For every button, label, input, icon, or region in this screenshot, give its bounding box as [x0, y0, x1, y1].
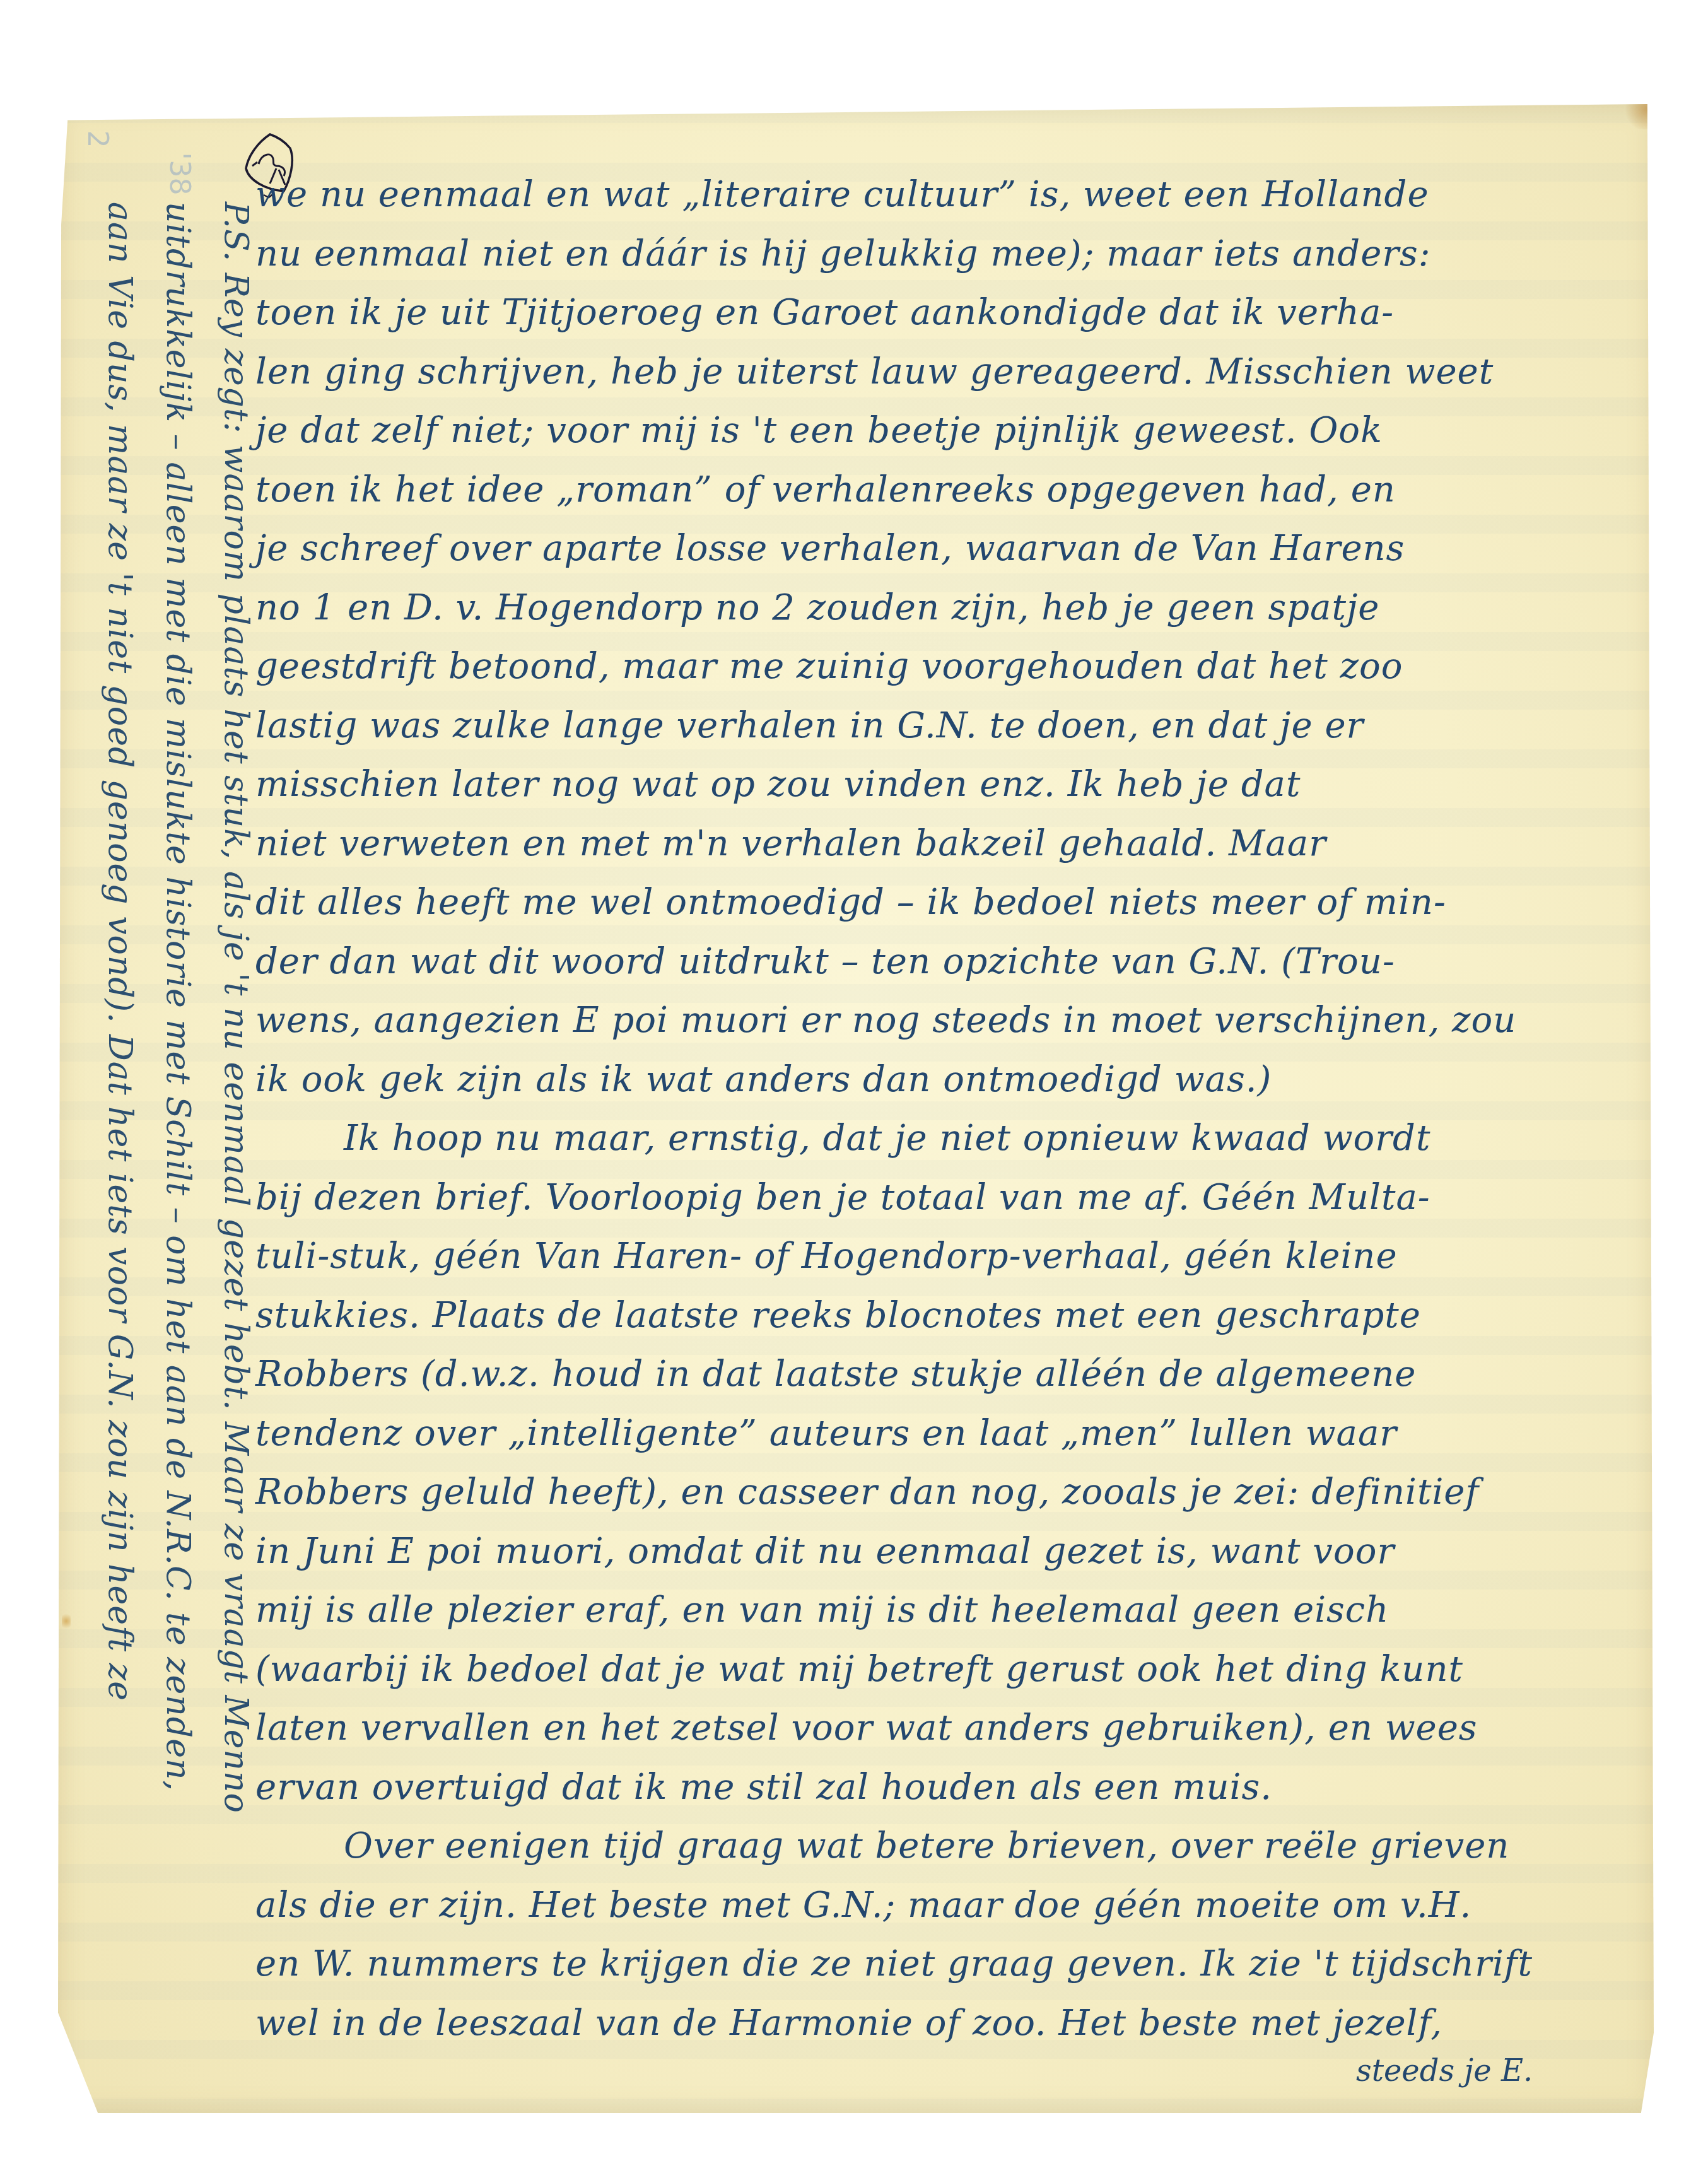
letter-line: je dat zelf niet; voor mij is 't een bee… [255, 401, 1652, 460]
letter-line: bij dezen brief. Voorloopig ben je totaa… [255, 1168, 1652, 1227]
letter-line: misschien later nog wat op zou vinden en… [255, 755, 1652, 814]
page-number-mark: 2 [81, 131, 114, 148]
signature: steeds je E. [1356, 2053, 1533, 2088]
letter-line: stukkies. Plaats de laatste reeks blocno… [255, 1286, 1652, 1345]
letter-line: als die er zijn. Het beste met G.N.; maa… [255, 1876, 1652, 1935]
letter-line: en W. nummers te krijgen die ze niet gra… [255, 1935, 1652, 1994]
letter-line: tuli-stuk, géén Van Haren- of Hogendorp-… [255, 1227, 1652, 1286]
letter-line: nu eenmaal niet en dáár is hij gelukkig … [255, 225, 1652, 284]
letter-line: der dan wat dit woord uitdrukt – ten opz… [255, 932, 1652, 992]
letter-line: dit alles heeft me wel ontmoedigd – ik b… [255, 873, 1652, 932]
letter-line: je schreef over aparte losse verhalen, w… [255, 519, 1652, 578]
letter-line: mij is alle plezier eraf, en van mij is … [255, 1581, 1652, 1640]
letter-line: wel in de leeszaal van de Harmonie of zo… [255, 1994, 1652, 2053]
margin-postscript: P.S. Rey zegt: waarom plaats het stuk, a… [76, 202, 265, 2107]
letter-line: laten vervallen en het zetsel voor wat a… [255, 1699, 1652, 1758]
letter-line: lastig was zulke lange verhalen in G.N. … [255, 696, 1652, 756]
letter-body: we nu eenmaal en wat „literaire cultuur”… [255, 165, 1652, 2053]
letter-line: we nu eenmaal en wat „literaire cultuur”… [255, 165, 1652, 225]
corner-stain [1622, 104, 1654, 129]
letter-line: ervan overtuigd dat ik me stil zal houde… [255, 1758, 1652, 1817]
postscript-line: aan Vie dus, maar ze 't niet goed genoeg… [91, 202, 149, 2107]
letter-line: Ik hoop nu maar, ernstig, dat je niet op… [255, 1109, 1652, 1168]
letter-line: in Juni E poi muori, omdat dit nu eenmaa… [255, 1522, 1652, 1581]
letter-line: Over eenigen tijd graag wat betere briev… [255, 1817, 1652, 1876]
edge-stain [62, 1612, 71, 1631]
letter-line: wens, aangezien E poi muori er nog steed… [255, 991, 1652, 1050]
letter-line: (waarbij ik bedoel dat je wat mij betref… [255, 1640, 1652, 1699]
letter-line: tendenz over „intelligente” auteurs en l… [255, 1404, 1652, 1463]
letter-line: len ging schrijven, heb je uiterst lauw … [255, 343, 1652, 402]
postscript-line: P.S. Rey zegt: waarom plaats het stuk, a… [207, 202, 265, 2107]
postscript-line: uitdrukkelijk – alleen met die mislukte … [149, 202, 207, 2107]
letter-line: toen ik je uit Tjitjoeroeg en Garoet aan… [255, 283, 1652, 343]
letter-line: Robbers (d.w.z. houd in dat laatste stuk… [255, 1345, 1652, 1404]
letter-line: Robbers geluld heeft), en casseer dan no… [255, 1463, 1652, 1522]
letter-line: geestdrift betoond, maar me zuinig voorg… [255, 637, 1652, 696]
letter-line: toen ik het idee „roman” of verhalenreek… [255, 460, 1652, 520]
letter-line: niet verweten en met m'n verhalen bakzei… [255, 814, 1652, 874]
letter-line: ik ook gek zijn als ik wat anders dan on… [255, 1050, 1652, 1110]
letter-line: no 1 en D. v. Hogendorp no 2 zouden zijn… [255, 578, 1652, 638]
year-mark: '38 [163, 152, 196, 195]
